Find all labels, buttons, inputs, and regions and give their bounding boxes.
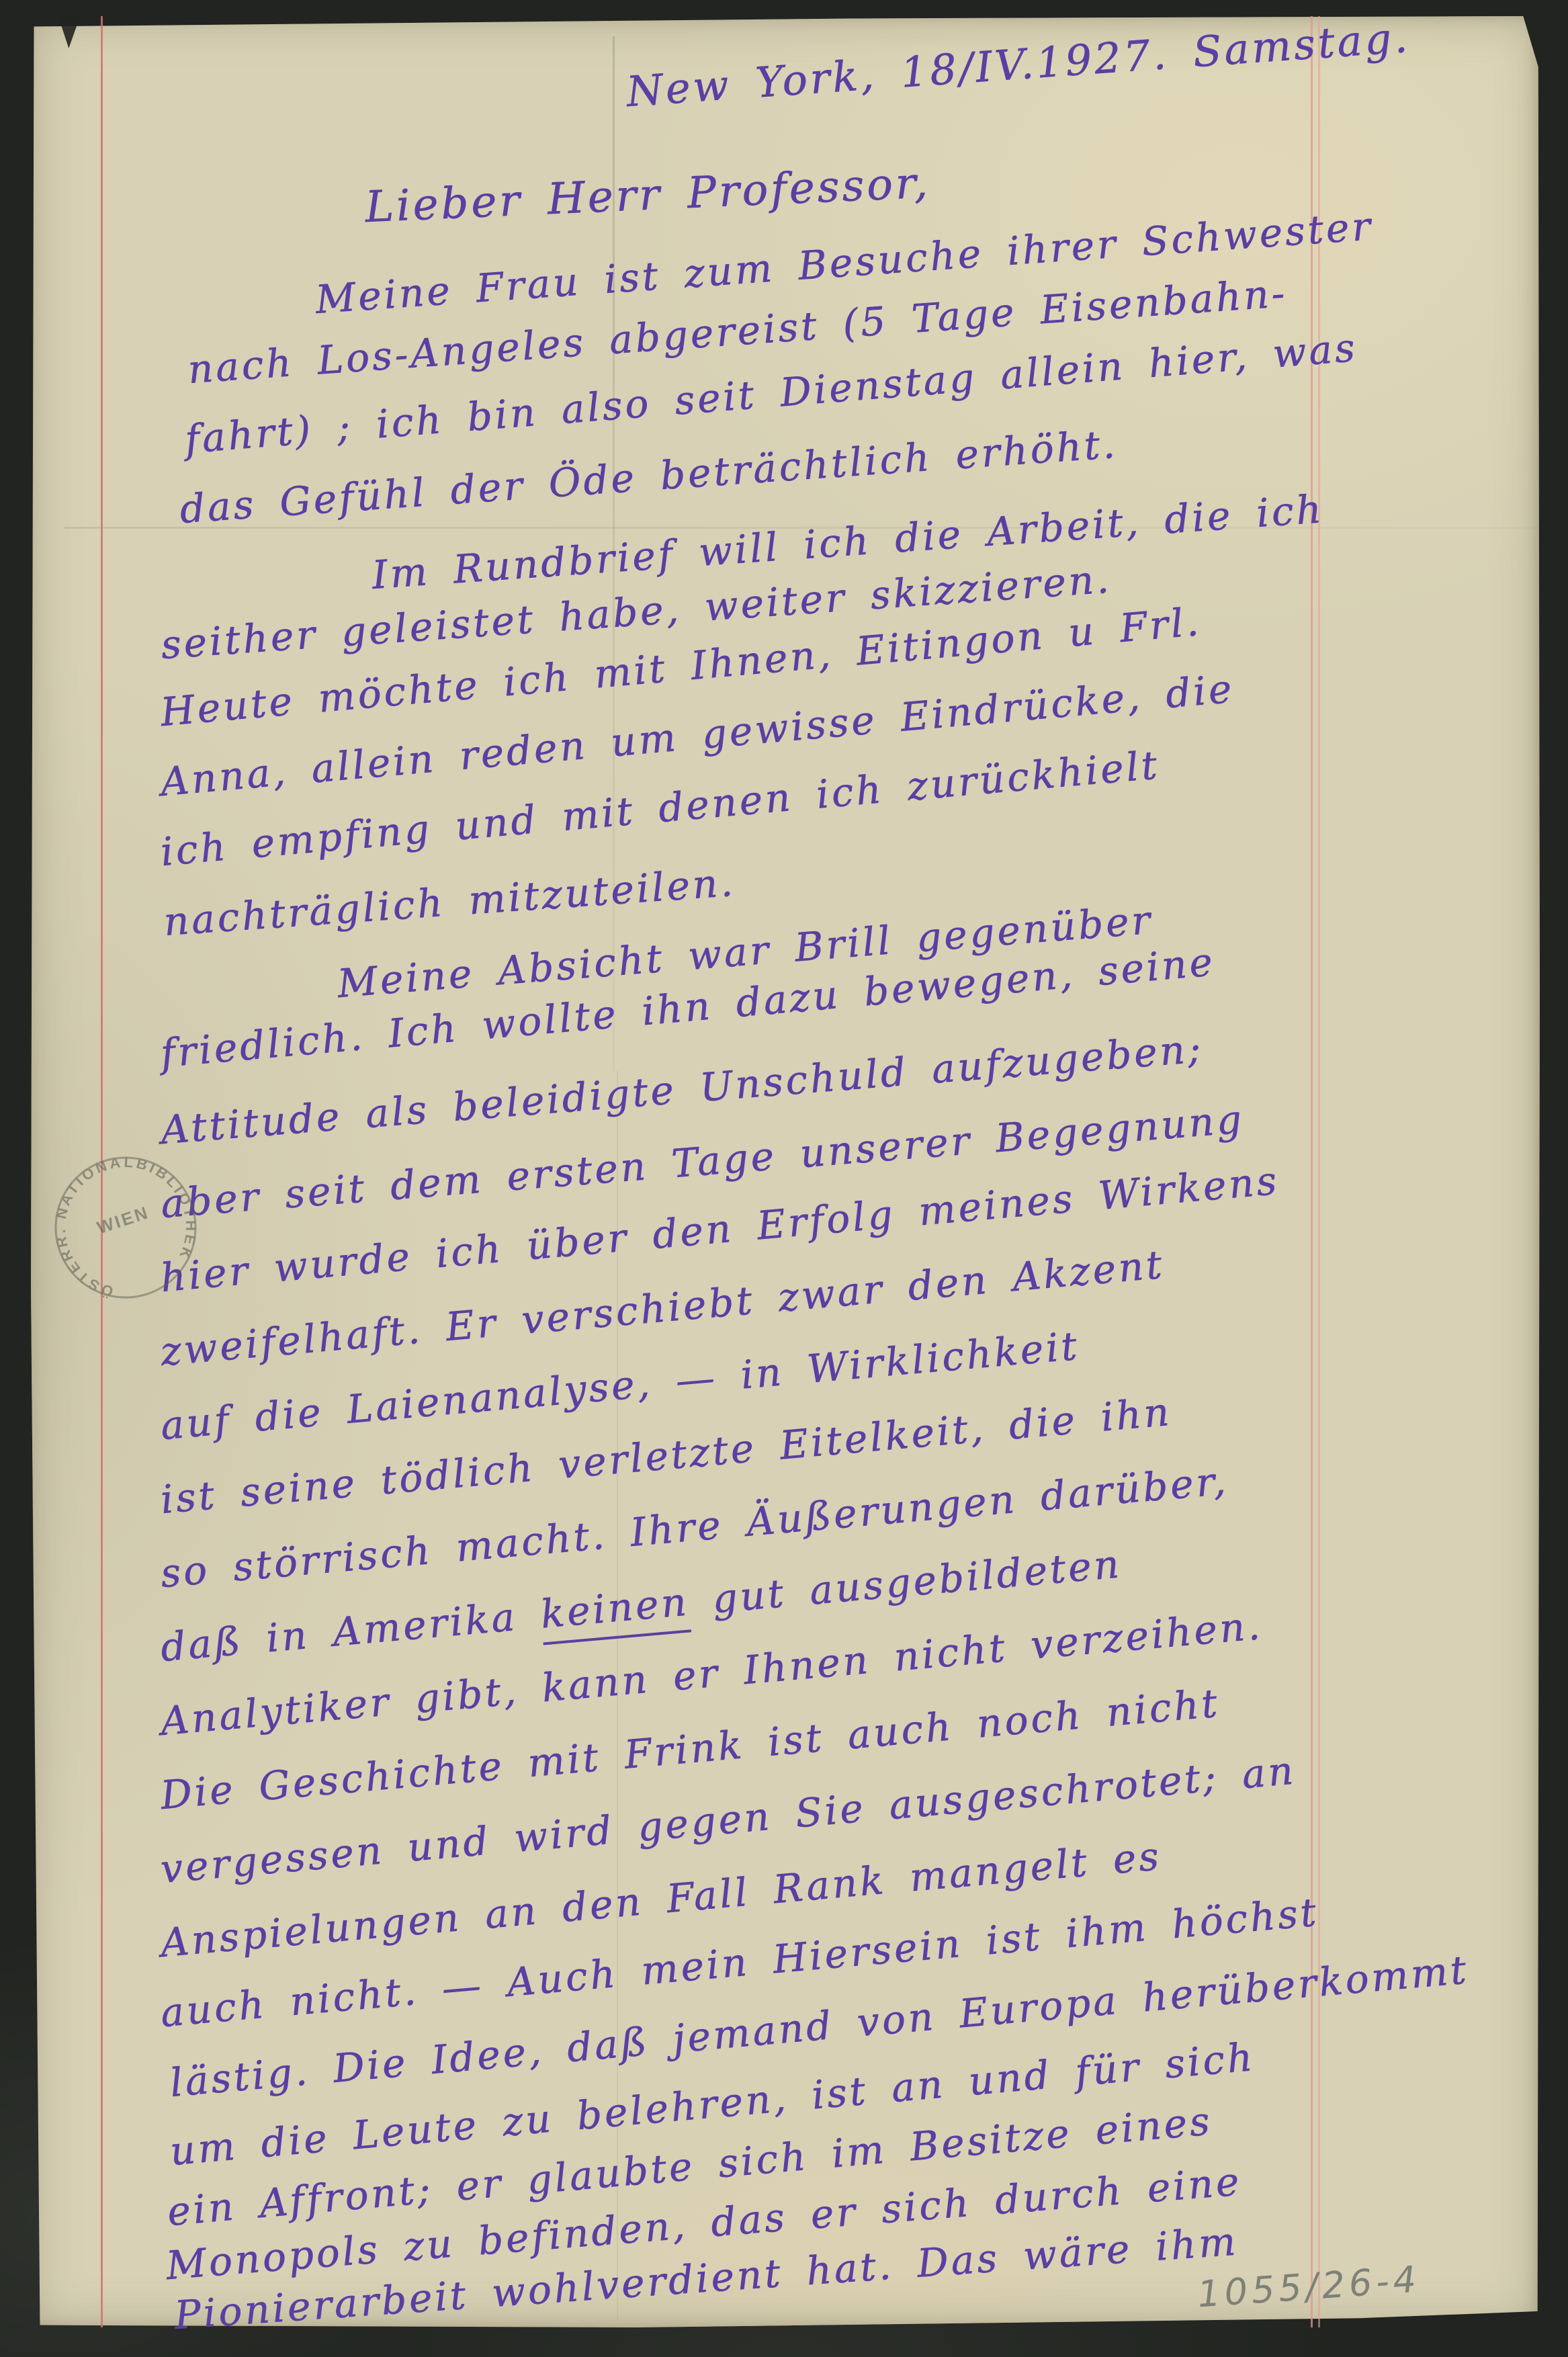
stamp-center-text: WIEN: [95, 1202, 152, 1238]
